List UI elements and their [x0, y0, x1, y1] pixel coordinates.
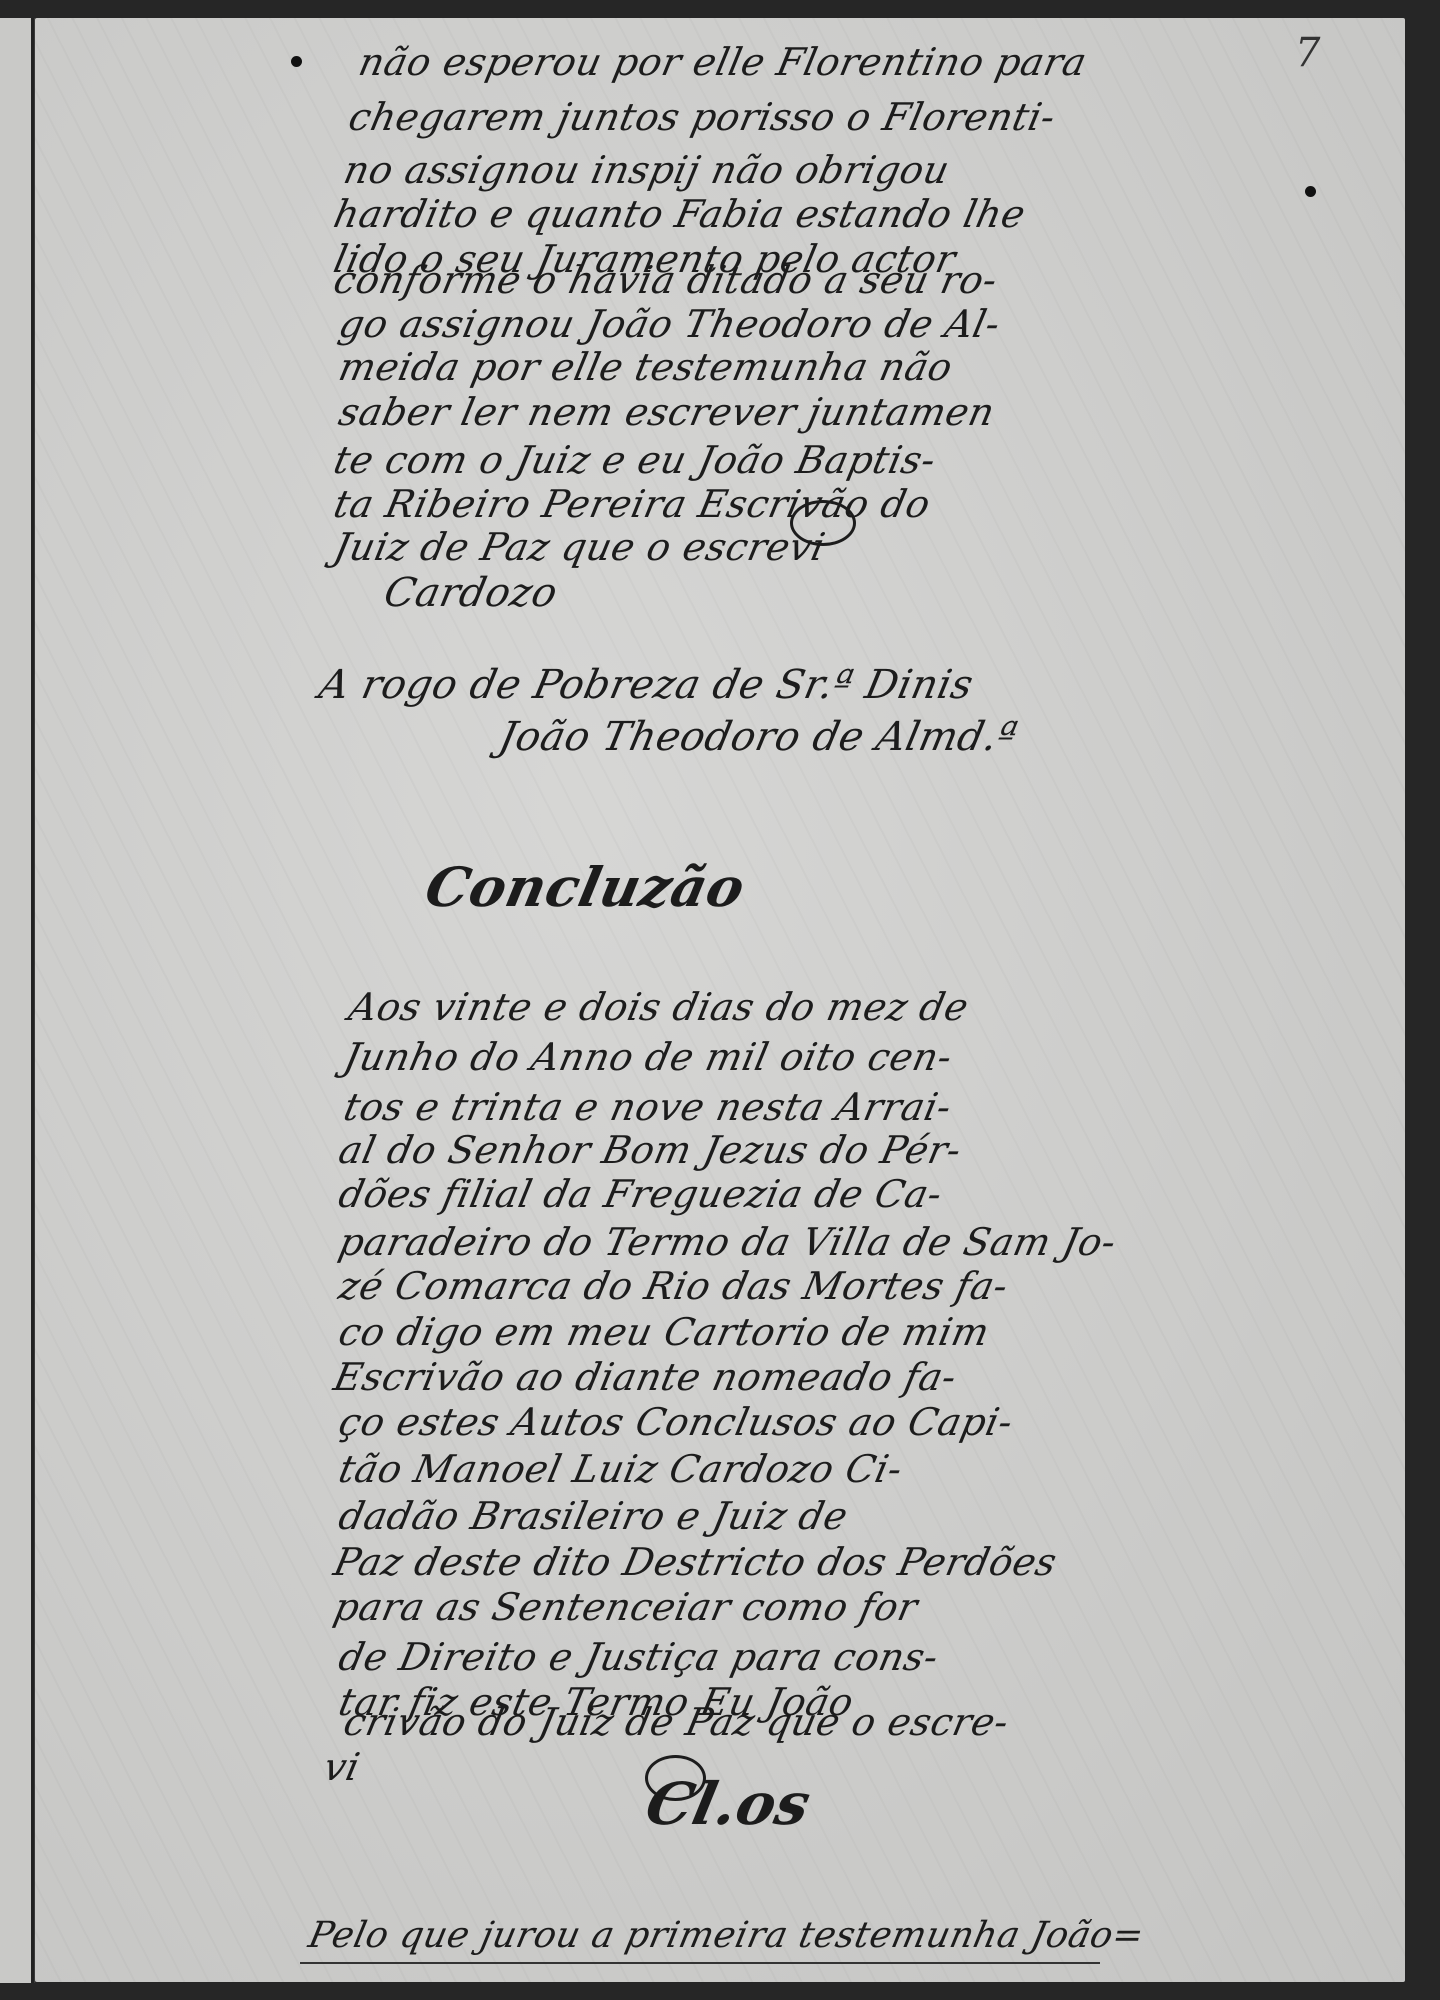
binding-fold: [31, 18, 34, 1983]
signature-joao-theodoro: João Theodoro de Almd.ª: [495, 714, 1022, 760]
text-line: al do Senhor Bom Jezus do Pér-: [335, 1128, 965, 1172]
signature-cardozo: Cardozo: [380, 570, 562, 616]
adjacent-page-edge: [0, 18, 35, 1983]
text-line: Aos vinte e dois dias do mez de: [345, 985, 973, 1029]
text-line: Paz deste dito Destricto dos Perdões: [330, 1540, 1061, 1584]
text-line: no assignou inspij não obrigou: [340, 148, 954, 192]
text-line: te com o Juiz e eu João Baptis-: [330, 438, 940, 482]
text-line: chegarem juntos porisso o Florenti-: [345, 95, 1060, 139]
text-line: Escrivão ao diante nomeado fa-: [330, 1355, 961, 1399]
section-title: Concluzão: [420, 855, 751, 919]
text-line: co digo em meu Cartorio de mim: [335, 1310, 993, 1354]
rogo-line: A rogo de Pobreza de Sr.ª Dinis: [315, 662, 977, 708]
text-line: Junho do Anno de mil oito cen-: [340, 1035, 956, 1079]
text-line: hardito e quanto Fabia estando lhe: [330, 192, 1030, 236]
text-line: go assignou João Theodoro de Al-: [335, 302, 1004, 346]
text-line: para as Sentenceiar como for: [330, 1585, 922, 1629]
folio-number: 7: [1295, 30, 1320, 76]
text-line: saber ler nem escrever juntamen: [335, 390, 999, 434]
text-line: ço estes Autos Conclusos ao Capi-: [335, 1400, 1017, 1444]
text-line: paradeiro do Termo da Villa de Sam Jo-: [335, 1220, 1120, 1264]
text-line: não esperou por elle Florentino para: [355, 40, 1091, 84]
text-line: tos e trinta e nove nesta Arrai-: [340, 1085, 956, 1129]
text-line: dões filial da Freguezia de Ca-: [335, 1172, 946, 1216]
text-line: Juiz de Paz que o escrevi: [330, 525, 829, 569]
bottom-rule: [300, 1962, 1100, 1964]
footer-line: Pelo que jurou a primeira testemunha Joã…: [305, 1915, 1148, 1956]
text-line: dadão Brasileiro e Juiz de: [335, 1494, 852, 1538]
end-flourish: [790, 500, 856, 546]
text-line: zé Comarca do Rio das Mortes fa-: [335, 1264, 1012, 1308]
text-line: conforme o havia ditado a seu ro-: [330, 258, 1001, 302]
text-line: de Direito e Justiça para cons-: [335, 1635, 942, 1679]
text-line: tão Manoel Luiz Cardozo Ci-: [335, 1447, 906, 1491]
ink-dot-right: [1305, 186, 1316, 197]
text-line: meida por elle testemunha não: [335, 345, 957, 389]
ink-dot-left: [291, 56, 302, 67]
text-line: crivão do Juiz de Paz que o escre-: [340, 1700, 1013, 1744]
concluded-flourish: [645, 1755, 706, 1801]
